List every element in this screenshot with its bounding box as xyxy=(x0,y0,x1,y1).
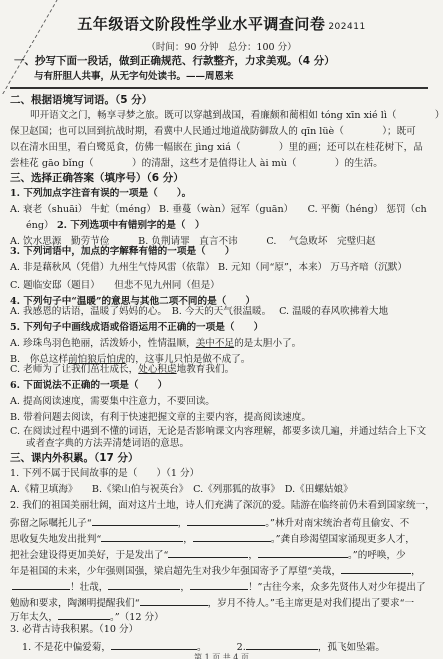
s4-q2-text: 勉励和要求，陶渊明提醒我们“ xyxy=(10,598,140,609)
s4-q2-line-4: 把社会建设得更加美好，于是发出了“，。”的呼唤，少 xyxy=(10,548,406,562)
exam-subtitle: （时间：90 分钟 总分：100 分） xyxy=(0,39,443,53)
s4-q1-stem: 1. 下列不属于民间故事的是（ ）（1 分） xyxy=(10,468,199,480)
section4-heading: 三、课内外积累。（17 分） xyxy=(10,452,139,464)
s4-q2-line-3: 思收复失地发出批判“，。”龚自珍渴望国家涌现更多人才， xyxy=(10,532,415,546)
s4-q2-text: 。”（12 分） xyxy=(110,612,164,623)
section1-quote: 与有肝胆人共事，从无字句处读书。——周恩来 xyxy=(34,71,234,83)
q1-options-wrap: éng） xyxy=(26,220,54,231)
answer-blank[interactable] xyxy=(101,532,183,542)
q5-c-text: C. 老师为了让我们茁壮成长， xyxy=(10,364,138,375)
q5-c-underlined: 处心积虑 xyxy=(138,364,176,375)
s4-q2-line-5: 年是祖国的未来，少年强则国强，梁启超先生对我少年强国寄予了厚望“美哉，， xyxy=(10,564,421,578)
q5-a-text-end: 的是太胆小了。 xyxy=(234,338,301,349)
exam-page: 五年级语文阶段性学业水平调查问卷202411 （时间：90 分钟 总分：100 … xyxy=(0,0,443,659)
q5-option-a: A. 珍珠鸟羽色艳丽，活泼娇小，性情温顺，美中不足的是太胆小了。 xyxy=(10,338,301,350)
s4-q2-text: 。”龚自珍渴望国家涌现更多人才， xyxy=(271,534,415,545)
answer-blank[interactable] xyxy=(258,548,348,558)
q3-option-c: C. 题临安邸（题目） 但悲不见九州同（但是） xyxy=(10,280,220,292)
s4-q2-text: 弥留之际嘱托儿子“ xyxy=(10,518,92,529)
q6-option-c: C. 在阅读过程中遇到不懂的词语，无论是否影响课文内容理解，都要多读几遍，并通过… xyxy=(10,426,426,438)
q5-c-text-end: 地教育我们。 xyxy=(177,364,235,375)
s4-q2-text: ！壮哉， xyxy=(70,582,108,593)
s4-q2-line-8: 万年太久，。”（12 分） xyxy=(10,610,164,624)
s4-q2-text: ！”古往今来，众多先贤伟人对少年提出了 xyxy=(248,582,426,593)
divider-line xyxy=(10,87,428,89)
s4-q2-text: 。”的呼唤，少 xyxy=(348,550,406,561)
section2-line-3: 以在清水田里，看白鹭觅食，仿佛一幅嵌在 jìng xiá（ ）里的画；还可以在桂… xyxy=(10,142,423,154)
answer-blank[interactable] xyxy=(246,640,318,650)
s4-q2-text: 把社会建设得更加美好，于是发出了“ xyxy=(10,550,168,561)
s4-q2-text: 年是祖国的未来，少年强则国强，梁启超先生对我少年强国寄予了厚望“美哉， xyxy=(10,566,341,577)
q3-stem: 3. 下列词语中，加点的字解释有错的一项是（ ） xyxy=(10,246,234,258)
q2-stem: 2. 下列选项中有错别字的是（ ） xyxy=(57,220,205,231)
answer-blank[interactable] xyxy=(108,580,180,590)
q5-option-c: C. 老师为了让我们茁壮成长，处心积虑地教育我们。 xyxy=(10,364,234,376)
q6-option-a: A. 提高阅读速度，需要集中注意力，不要回读。 xyxy=(10,396,215,408)
answer-blank[interactable] xyxy=(190,580,248,590)
exam-code: 202411 xyxy=(328,22,365,32)
section2-line-4: 尝桂花 gāo bǐng（ ）的清甜，这些才是值得让人 ài mù（ ）的生活。 xyxy=(10,158,383,170)
answer-blank[interactable] xyxy=(341,564,411,574)
answer-blank[interactable] xyxy=(92,516,178,526)
answer-blank[interactable] xyxy=(193,532,271,542)
q1-options: A. 衰老（shuāi） 牛虻（méng） B. 垂蔓（wàn）冠军（guān）… xyxy=(10,204,427,216)
answer-blank[interactable] xyxy=(12,580,70,590)
q5-a-text: A. 珍珠鸟羽色艳丽，活泼娇小，性情温顺， xyxy=(10,338,196,349)
s4-q3-stem: 3. 必背古诗我积累。（10 分） xyxy=(10,624,138,636)
page-number: 第 1 页 共 4 页 xyxy=(0,652,443,659)
answer-blank[interactable] xyxy=(187,516,265,526)
q1-stem: 1. 下列加点字注音有误的一项是（ ）。 xyxy=(10,188,191,200)
section3-heading: 三、选择正确答案（填序号）（6 分） xyxy=(10,172,184,184)
answer-blank[interactable] xyxy=(111,640,197,650)
s4-q2-text: 思收复失地发出批判“ xyxy=(10,534,101,545)
q2-stem-line: éng） 2. 下列选项中有错别字的是（ ） xyxy=(26,220,205,232)
q5-stem: 5. 下列句子中画线成语或俗语运用不正确的一项是（ ） xyxy=(10,322,263,334)
s4-q2-line-6: ！壮哉，，！”古往今来，众多先贤伟人对少年提出了 xyxy=(12,580,426,594)
q6-option-c-cont: 或者查字典的方法弄清楚词语的意思。 xyxy=(26,438,189,450)
section1-heading: 一、抄写下面一段话，做到正确规范、行款整齐，力求美观。（4 分） xyxy=(14,55,335,67)
s4-q2-line-1: 2. 我们的祖国美丽壮阔，面对这片土地，诗人们充满了深沉的爱。陆游在临终前仍未看… xyxy=(10,500,435,512)
s4-q2-text: 万年太久， xyxy=(10,612,58,623)
q4-options: A. 我感恩的话语，温暖了妈妈的心。 B. 今天的天气很温暖。 C. 温暖的春风… xyxy=(10,306,388,318)
title-text: 五年级语文阶段性学业水平调查问卷 xyxy=(77,15,325,33)
s4-q1-options: A.《精卫填海》 B.《梁山伯与祝英台》 C.《列那狐的故事》 D.《田螺姑娘》 xyxy=(10,484,353,496)
section2-heading: 二、根据语境写词语。（5 分） xyxy=(10,94,152,106)
s4-q2-text: ， xyxy=(180,582,190,593)
s4-q2-text: ，岁月不待人。”毛主席更是对我们提出了要求“一 xyxy=(208,598,414,609)
q5-a-underlined: 美中不足 xyxy=(196,338,234,349)
s4-q2-line-2: 弥留之际嘱托儿子“，。”林升对南宋统治者苟且偷安、不 xyxy=(10,516,409,530)
s4-q2-line-7: 勉励和要求，陶渊明提醒我们“，岁月不待人。”毛主席更是对我们提出了要求“一 xyxy=(10,596,414,610)
s4-q2-text: ， xyxy=(248,550,258,561)
answer-blank[interactable] xyxy=(140,596,208,606)
s4-q2-text: ， xyxy=(183,534,193,545)
q6-option-b: B. 带着问题去阅读，有利于快速把握文章的主要内容，提高阅读速度。 xyxy=(10,412,311,424)
s4-q2-text: 。”林升对南宋统治者苟且偷安、不 xyxy=(265,518,409,529)
q3-options-ab: A. 非是藉秋风（凭借）九州生气恃风雷（依靠） B. 元知（同“原”，本来） 万… xyxy=(10,262,407,274)
s4-q2-text: ， xyxy=(411,566,421,577)
section2-line-1: 叩开语文之门，畅享寻梦之旅。既可以穿越到战国，看廉颇和蔺相如 tóng xīn … xyxy=(30,110,443,122)
exam-title: 五年级语文阶段性学业水平调查问卷202411 xyxy=(0,13,443,34)
s4-q2-text: ， xyxy=(178,518,188,529)
q6-stem: 6. 下面说法不正确的一项是（ ） xyxy=(10,380,167,392)
answer-blank[interactable] xyxy=(168,548,248,558)
answer-blank[interactable] xyxy=(58,610,110,620)
section2-line-2: 保卫赵国；也可以回到抗战时期，看冀中人民通过地道战防御敌人的 qīn lüè（ … xyxy=(10,126,416,138)
